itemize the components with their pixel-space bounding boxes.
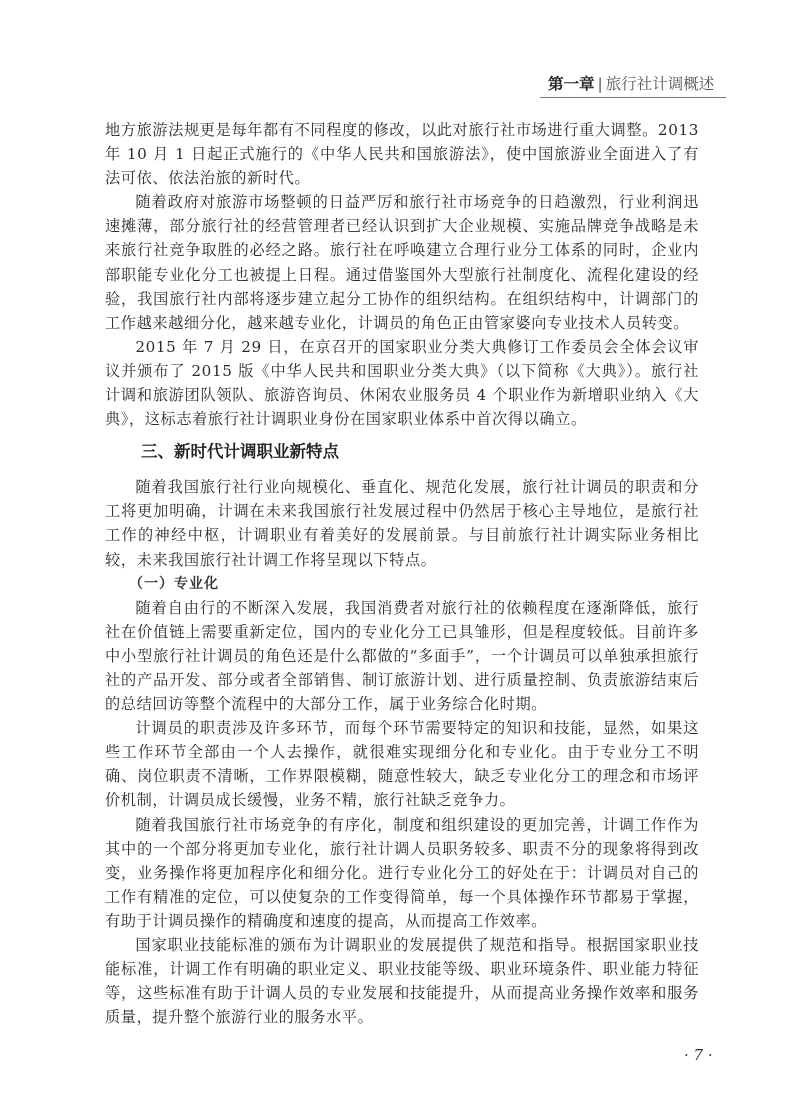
body-text: 地方旅游法规更是每年都有不同程度的修改，以此对旅行社市场进行重大调整。2013 …	[105, 118, 699, 1029]
chapter-label: 第一章	[548, 75, 595, 93]
subsection-heading: （一）专业化	[105, 572, 699, 596]
paragraph: 国家职业技能标准的颁布为计调职业的发展提供了规范和指导。根据国家职业技能标准，计…	[105, 933, 699, 1029]
page-number: · 7 ·	[684, 1046, 713, 1064]
paragraph: 随着我国旅行社市场竞争的有序化，制度和组织建设的更加完善，计调工作作为其中的一个…	[105, 813, 699, 933]
paragraph: 2015 年 7 月 29 日，在京召开的国家职业分类大典修订工作委员会全体会议…	[105, 335, 699, 431]
chapter-title: 旅行社计调概述	[606, 75, 715, 93]
paragraph: 随着我国旅行社行业向规模化、垂直化、规范化发展，旅行社计调员的职责和分工将更加明…	[105, 475, 699, 571]
paragraph: 计调员的职责涉及许多环节，而每个环节需要特定的知识和技能，显然，如果这些工作环节…	[105, 716, 699, 812]
header-separator: |	[598, 75, 603, 93]
paragraph: 地方旅游法规更是每年都有不同程度的修改，以此对旅行社市场进行重大调整。2013 …	[105, 118, 699, 190]
paragraph: 随着自由行的不断深入发展，我国消费者对旅行社的依赖程度在逐渐降低，旅行社在价值链…	[105, 596, 699, 716]
running-head: 第一章|旅行社计调概述	[540, 72, 726, 98]
paragraph: 随着政府对旅游市场整顿的日益严厉和旅行社市场竞争的日趋激烈，行业利润迅速摊薄，部…	[105, 190, 699, 335]
section-heading: 三、新时代计调职业新特点	[105, 440, 699, 464]
